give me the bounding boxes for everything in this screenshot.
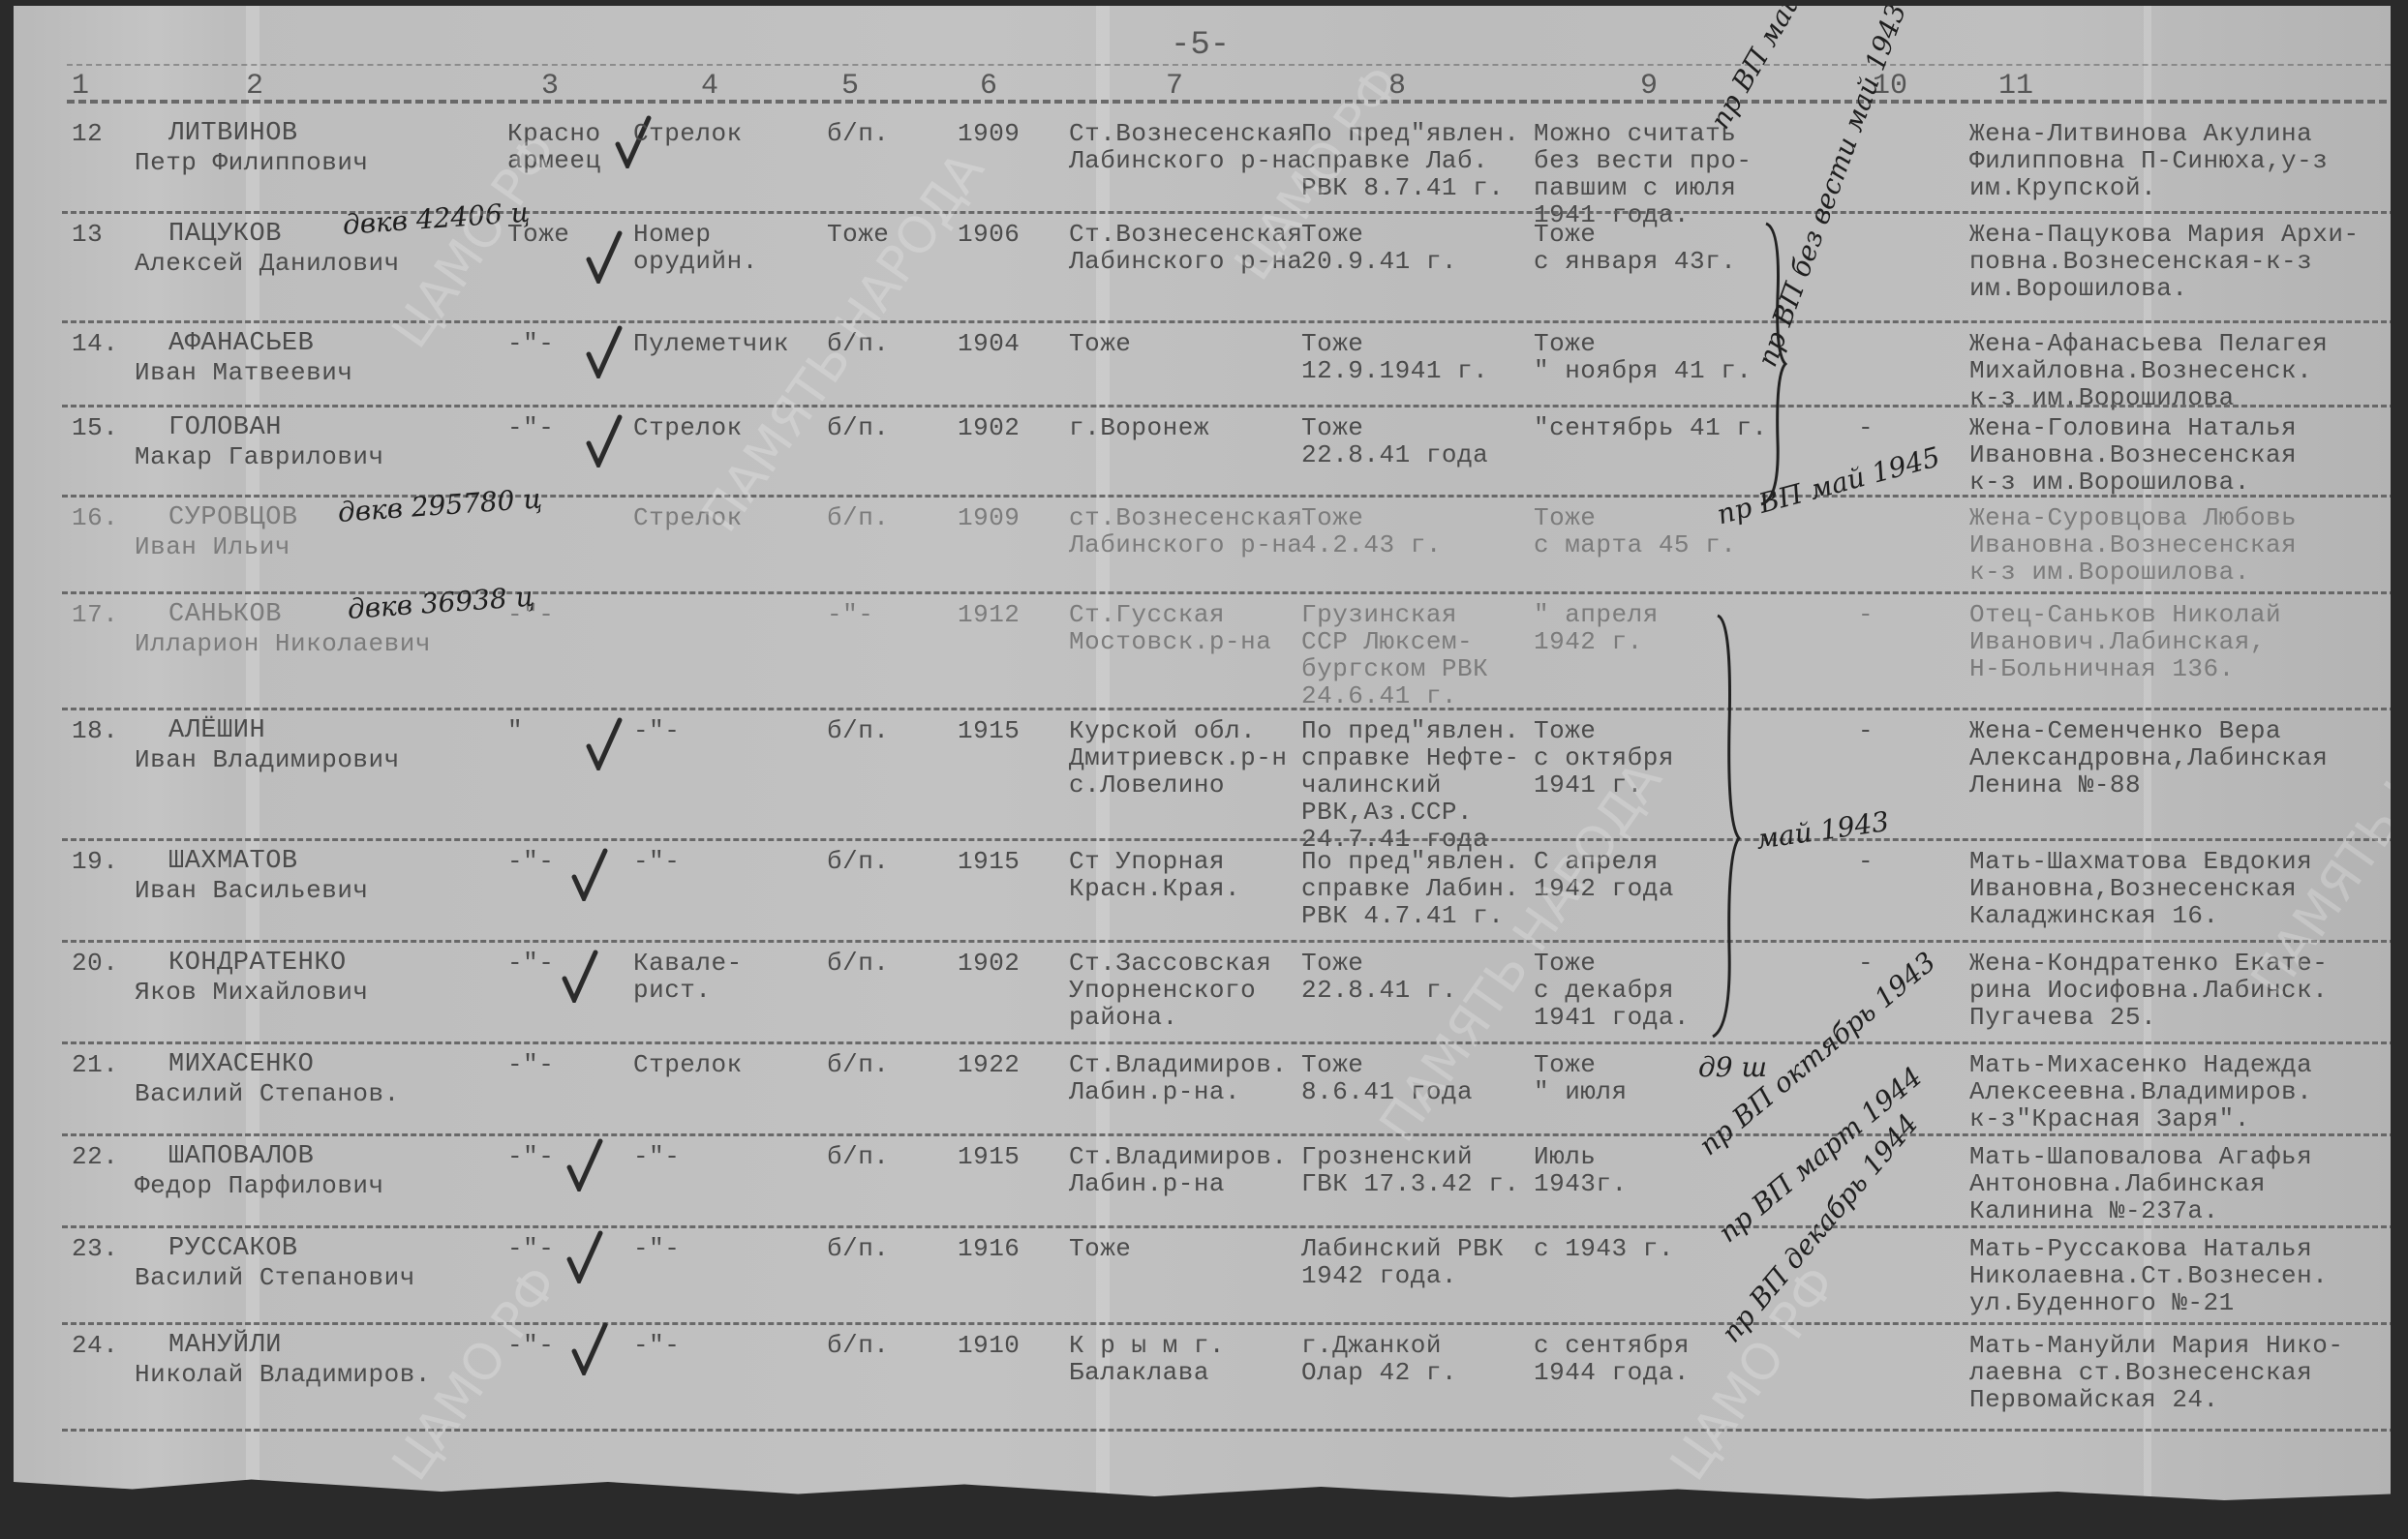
birthplace: К р ы м г. Балаклава bbox=[1069, 1332, 1225, 1386]
birthplace: Тоже bbox=[1069, 1235, 1131, 1262]
handwritten-note: двкв 295780 ц bbox=[337, 482, 543, 528]
party: б/п. bbox=[827, 120, 889, 147]
row-separator bbox=[62, 1225, 2391, 1228]
given-names: Петр Филиппович bbox=[135, 149, 369, 176]
column-10: - bbox=[1858, 717, 1874, 744]
birthplace: Ст.Зассовская Упорненского района. bbox=[1069, 950, 1271, 1031]
birth-year: 1904 bbox=[958, 330, 1020, 357]
conscription: г.Джанкой Олар 42 г. bbox=[1301, 1332, 1457, 1386]
surname: РУССАКОВ bbox=[168, 1235, 298, 1262]
party: б/п. bbox=[827, 504, 889, 531]
conscription: Тоже 22.8.41 г. bbox=[1301, 950, 1457, 1004]
birth-year: 1909 bbox=[958, 120, 1020, 147]
given-names: Алексей Данилович bbox=[135, 250, 400, 277]
birthplace: Курской обл. Дмитриевск.р-н с.Ловелино bbox=[1069, 717, 1287, 799]
next-of-kin: Мать-Мануйли Мария Нико- лаевна ст.Возне… bbox=[1969, 1332, 2343, 1413]
column-header: 6 bbox=[980, 70, 997, 103]
surname: ГОЛОВАН bbox=[168, 414, 282, 441]
birthplace: г.Воронеж bbox=[1069, 414, 1209, 441]
next-of-kin: Жена-Суровцова Любовь Ивановна.Вознесенс… bbox=[1969, 504, 2297, 586]
given-names: Николай Владимиров. bbox=[135, 1361, 431, 1388]
given-names: Иван Ильич bbox=[135, 533, 290, 560]
party: б/п. bbox=[827, 1143, 889, 1170]
surname: ШАХМАТОВ bbox=[168, 848, 298, 875]
surname: МИХАСЕНКО bbox=[168, 1051, 314, 1078]
row-number: 20. bbox=[72, 950, 118, 977]
row-separator bbox=[62, 405, 2391, 407]
rank: -"- bbox=[507, 848, 554, 875]
row-number: 13 bbox=[72, 221, 103, 248]
row-number: 19. bbox=[72, 848, 118, 875]
given-names: Иван Матвеевич bbox=[135, 359, 352, 386]
given-names: Яков Михайлович bbox=[135, 979, 369, 1006]
checkmark-icon bbox=[570, 848, 609, 901]
checkmark-icon bbox=[585, 717, 624, 770]
given-names: Иван Владимирович bbox=[135, 746, 400, 773]
row-separator bbox=[62, 1041, 2391, 1044]
conscription: Лабинский РВК 1942 года. bbox=[1301, 1235, 1504, 1289]
column-10: - bbox=[1858, 848, 1874, 875]
position: Стрелок bbox=[633, 414, 743, 441]
row-number: 12 bbox=[72, 120, 103, 147]
birth-year: 1915 bbox=[958, 1143, 1020, 1170]
surname: ПАЦУКОВ bbox=[168, 221, 282, 248]
position: -"- bbox=[633, 717, 680, 744]
next-of-kin: Жена-Афанасьева Пелагея Михайловна.Возне… bbox=[1969, 330, 2328, 411]
missing-since: Тоже с декабря 1941 года. bbox=[1534, 950, 1690, 1031]
next-of-kin: Мать-Михасенко Надежда Алексеевна.Владим… bbox=[1969, 1051, 2312, 1132]
birth-year: 1922 bbox=[958, 1051, 1020, 1078]
handwritten-note: пр ВП май 1945 bbox=[1714, 440, 1943, 530]
birthplace: Ст.Владимиров. Лабин.р-на. bbox=[1069, 1051, 1287, 1105]
birthplace: Тоже bbox=[1069, 330, 1131, 357]
surname: КОНДРАТЕНКО bbox=[168, 950, 347, 977]
party: -"- bbox=[827, 601, 873, 628]
torn-edge bbox=[14, 1463, 2391, 1511]
handwritten-brace bbox=[1708, 611, 1747, 1041]
position: -"- bbox=[633, 1235, 680, 1262]
birth-year: 1915 bbox=[958, 848, 1020, 875]
conscription: По пред"явлен. справке Нефте- чалинский … bbox=[1301, 717, 1519, 853]
row-number: 23. bbox=[72, 1235, 118, 1262]
handwritten-note: д9 ш bbox=[1698, 1051, 1767, 1083]
party: б/п. bbox=[827, 1235, 889, 1262]
column-header: 9 bbox=[1640, 70, 1658, 103]
birthplace: Ст.Вознесенская Лабинского р-на bbox=[1069, 120, 1303, 174]
next-of-kin: Мать-Шаповалова Агафья Антоновна.Лабинск… bbox=[1969, 1143, 2312, 1224]
birthplace: ст.Вознесенская Лабинского р-на bbox=[1069, 504, 1303, 558]
row-separator bbox=[62, 838, 2391, 841]
conscription: Тоже 22.8.41 года bbox=[1301, 414, 1488, 468]
party: б/п. bbox=[827, 1051, 889, 1078]
column-header: 5 bbox=[841, 70, 859, 103]
birth-year: 1910 bbox=[958, 1332, 1020, 1359]
next-of-kin: Отец-Саньков Николай Иванович.Лабинская,… bbox=[1969, 601, 2281, 682]
surname: ШАПОВАЛОВ bbox=[168, 1143, 314, 1170]
column-header: 2 bbox=[246, 70, 263, 103]
missing-since: Тоже с марта 45 г. bbox=[1534, 504, 1736, 558]
next-of-kin: Жена-Пацукова Мария Архи- повна.Вознесен… bbox=[1969, 221, 2360, 302]
row-separator bbox=[62, 1322, 2391, 1325]
row-number: 22. bbox=[72, 1143, 118, 1170]
position: Стрелок bbox=[633, 1051, 743, 1078]
party: б/п. bbox=[827, 717, 889, 744]
birthplace: Ст.Гусская Мостовск.р-на bbox=[1069, 601, 1271, 655]
checkmark-icon bbox=[585, 414, 624, 468]
birthplace: Ст.Владимиров. Лабин.р-на bbox=[1069, 1143, 1287, 1197]
checkmark-icon bbox=[565, 1230, 604, 1283]
given-names: Иван Васильевич bbox=[135, 877, 369, 904]
row-separator bbox=[62, 940, 2391, 943]
birth-year: 1909 bbox=[958, 504, 1020, 531]
next-of-kin: Жена-Головина Наталья Ивановна.Вознесенс… bbox=[1969, 414, 2297, 496]
next-of-kin: Мать-Шахматова Евдокия Ивановна,Вознесен… bbox=[1969, 848, 2312, 929]
header-bottom-rule bbox=[67, 100, 2391, 104]
given-names: Илларион Николаевич bbox=[135, 630, 431, 657]
party: б/п. bbox=[827, 414, 889, 441]
checkmark-icon bbox=[585, 230, 624, 284]
column-header: 11 bbox=[1998, 70, 2033, 103]
surname: АФАНАСЬЕВ bbox=[168, 330, 314, 357]
position: Номер орудийн. bbox=[633, 221, 758, 275]
rank: -"- bbox=[507, 330, 554, 357]
page-number: -5- bbox=[1171, 27, 1230, 64]
row-number: 18. bbox=[72, 717, 118, 744]
rank: -"- bbox=[507, 950, 554, 977]
surname: АЛЁШИН bbox=[168, 717, 265, 744]
surname: СУРОВЦОВ bbox=[168, 504, 298, 531]
position: -"- bbox=[633, 848, 680, 875]
column-10: - bbox=[1858, 950, 1874, 977]
surname: МАНУЙЛИ bbox=[168, 1332, 282, 1359]
column-header: 4 bbox=[701, 70, 718, 103]
missing-since: Тоже " ноября 41 г. bbox=[1534, 330, 1752, 384]
rank: -"- bbox=[507, 1143, 554, 1170]
given-names: Василий Степанович bbox=[135, 1264, 415, 1291]
checkmark-icon bbox=[565, 1138, 604, 1192]
birthplace: Ст Упорная Красн.Края. bbox=[1069, 848, 1240, 902]
checkmark-icon bbox=[570, 1322, 609, 1375]
missing-since: Тоже " июля bbox=[1534, 1051, 1628, 1105]
birth-year: 1906 bbox=[958, 221, 1020, 248]
conscription: Грозненский ГВК 17.3.42 г. bbox=[1301, 1143, 1519, 1197]
rank: -"- bbox=[507, 414, 554, 441]
row-number: 17. bbox=[72, 601, 118, 628]
next-of-kin: Мать-Руссакова Наталья Николаевна.Ст.Воз… bbox=[1969, 1235, 2328, 1316]
next-of-kin: Жена-Семенченко Вера Александровна,Лабин… bbox=[1969, 717, 2328, 799]
column-10: - bbox=[1858, 414, 1874, 441]
conscription: Грузинская ССР Люксем- бургском РВК 24.6… bbox=[1301, 601, 1488, 709]
party: б/п. bbox=[827, 1332, 889, 1359]
surname: САНЬКОВ bbox=[168, 601, 282, 628]
birth-year: 1915 bbox=[958, 717, 1020, 744]
position: -"- bbox=[633, 1332, 680, 1359]
rank: -"- bbox=[507, 1051, 554, 1078]
row-number: 24. bbox=[72, 1332, 118, 1359]
rank: " bbox=[507, 717, 523, 744]
column-header: 7 bbox=[1166, 70, 1183, 103]
given-names: Макар Гаврилович bbox=[135, 443, 384, 470]
given-names: Василий Степанов. bbox=[135, 1080, 400, 1107]
birth-year: 1902 bbox=[958, 414, 1020, 441]
column-header: 1 bbox=[72, 70, 89, 103]
handwritten-brace bbox=[1756, 219, 1795, 509]
row-number: 16. bbox=[72, 504, 118, 531]
missing-since: с сентября 1944 года. bbox=[1534, 1332, 1690, 1386]
conscription: По пред"явлен. справке Лабин. РВК 4.7.41… bbox=[1301, 848, 1519, 929]
checkmark-icon bbox=[561, 950, 599, 1003]
party: б/п. bbox=[827, 950, 889, 977]
position: Пулеметчик bbox=[633, 330, 789, 357]
archive-document-page: -5- 1 2 3 4 5 6 7 8 9 10 11 12 ЛИТВИНОВ … bbox=[14, 6, 2391, 1511]
surname: ЛИТВИНОВ bbox=[168, 120, 298, 147]
checkmark-icon bbox=[585, 325, 624, 378]
rank: -"- bbox=[507, 1235, 554, 1262]
next-of-kin: Жена-Литвинова Акулина Филипповна П-Синю… bbox=[1969, 120, 2328, 201]
birth-year: 1902 bbox=[958, 950, 1020, 977]
row-separator bbox=[62, 708, 2391, 710]
missing-since: " апреля 1942 г. bbox=[1534, 601, 1659, 655]
missing-since: Тоже с января 43г. bbox=[1534, 221, 1736, 275]
conscription: Тоже 12.9.1941 г. bbox=[1301, 330, 1488, 384]
column-header: 3 bbox=[541, 70, 559, 103]
row-number: 15. bbox=[72, 414, 118, 441]
birth-year: 1916 bbox=[958, 1235, 1020, 1262]
position: -"- bbox=[633, 1143, 680, 1170]
column-10: - bbox=[1858, 601, 1874, 628]
position: Стрелок bbox=[633, 120, 743, 147]
row-number: 14. bbox=[72, 330, 118, 357]
birth-year: 1912 bbox=[958, 601, 1020, 628]
conscription: Тоже 20.9.41 г. bbox=[1301, 221, 1457, 275]
missing-since: "сентябрь 41 г. bbox=[1534, 414, 1768, 441]
missing-since: Июль 1943г. bbox=[1534, 1143, 1628, 1197]
missing-since: с 1943 г. bbox=[1534, 1235, 1674, 1262]
position: Кавале- рист. bbox=[633, 950, 743, 1004]
row-number: 21. bbox=[72, 1051, 118, 1078]
conscription: Тоже 4.2.43 г. bbox=[1301, 504, 1442, 558]
given-names: Федор Парфилович bbox=[135, 1172, 384, 1199]
party: б/п. bbox=[827, 848, 889, 875]
row-separator bbox=[62, 1133, 2391, 1136]
